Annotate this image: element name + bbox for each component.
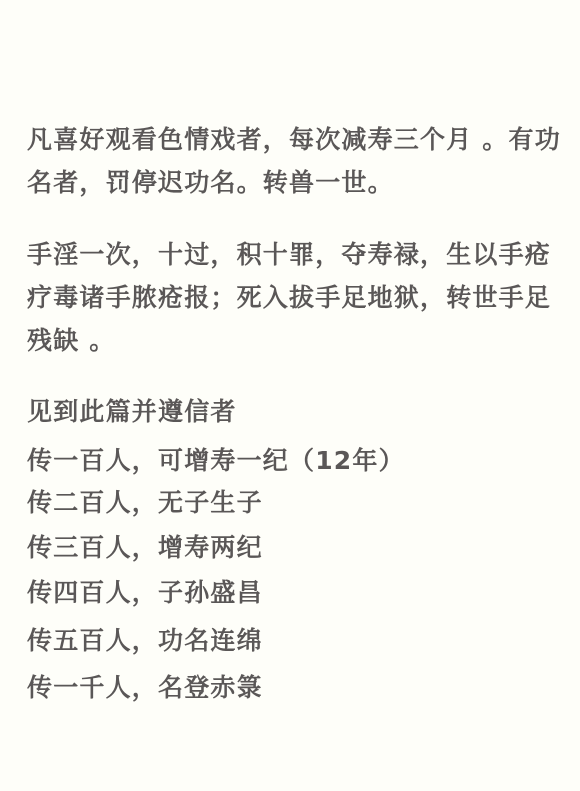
paragraph-2-line-3: 残缺 。 bbox=[27, 326, 116, 356]
paragraph-2-line-2: 疗毒诸手脓疮报；死入拔手足地狱，转世手足 bbox=[27, 283, 551, 313]
list-item-1000: 传一千人，名登赤箓 bbox=[27, 673, 263, 703]
list-item-200: 传二百人，无子生子 bbox=[27, 488, 263, 518]
list-item-100: 传一百人，可增寿一纪（12年） bbox=[27, 446, 405, 476]
paragraph-1-line-2: 名者，罚停迟功名。转兽一世。 bbox=[27, 168, 394, 198]
paragraph-1-line-1: 凡喜好观看色情戏者，每次减寿三个月 。有功 bbox=[27, 125, 561, 155]
paragraph-3-heading: 见到此篇并遵信者 bbox=[27, 397, 237, 427]
paragraph-2-line-1: 手淫一次，十过，积十罪，夺寿禄，生以手疮 bbox=[27, 240, 551, 270]
list-item-500: 传五百人，功名连绵 bbox=[27, 626, 263, 656]
list-item-400: 传四百人，子孙盛昌 bbox=[27, 578, 263, 608]
document-page: 凡喜好观看色情戏者，每次减寿三个月 。有功 名者，罚停迟功名。转兽一世。 手淫一… bbox=[0, 0, 580, 791]
list-item-300: 传三百人，增寿两纪 bbox=[27, 533, 263, 563]
